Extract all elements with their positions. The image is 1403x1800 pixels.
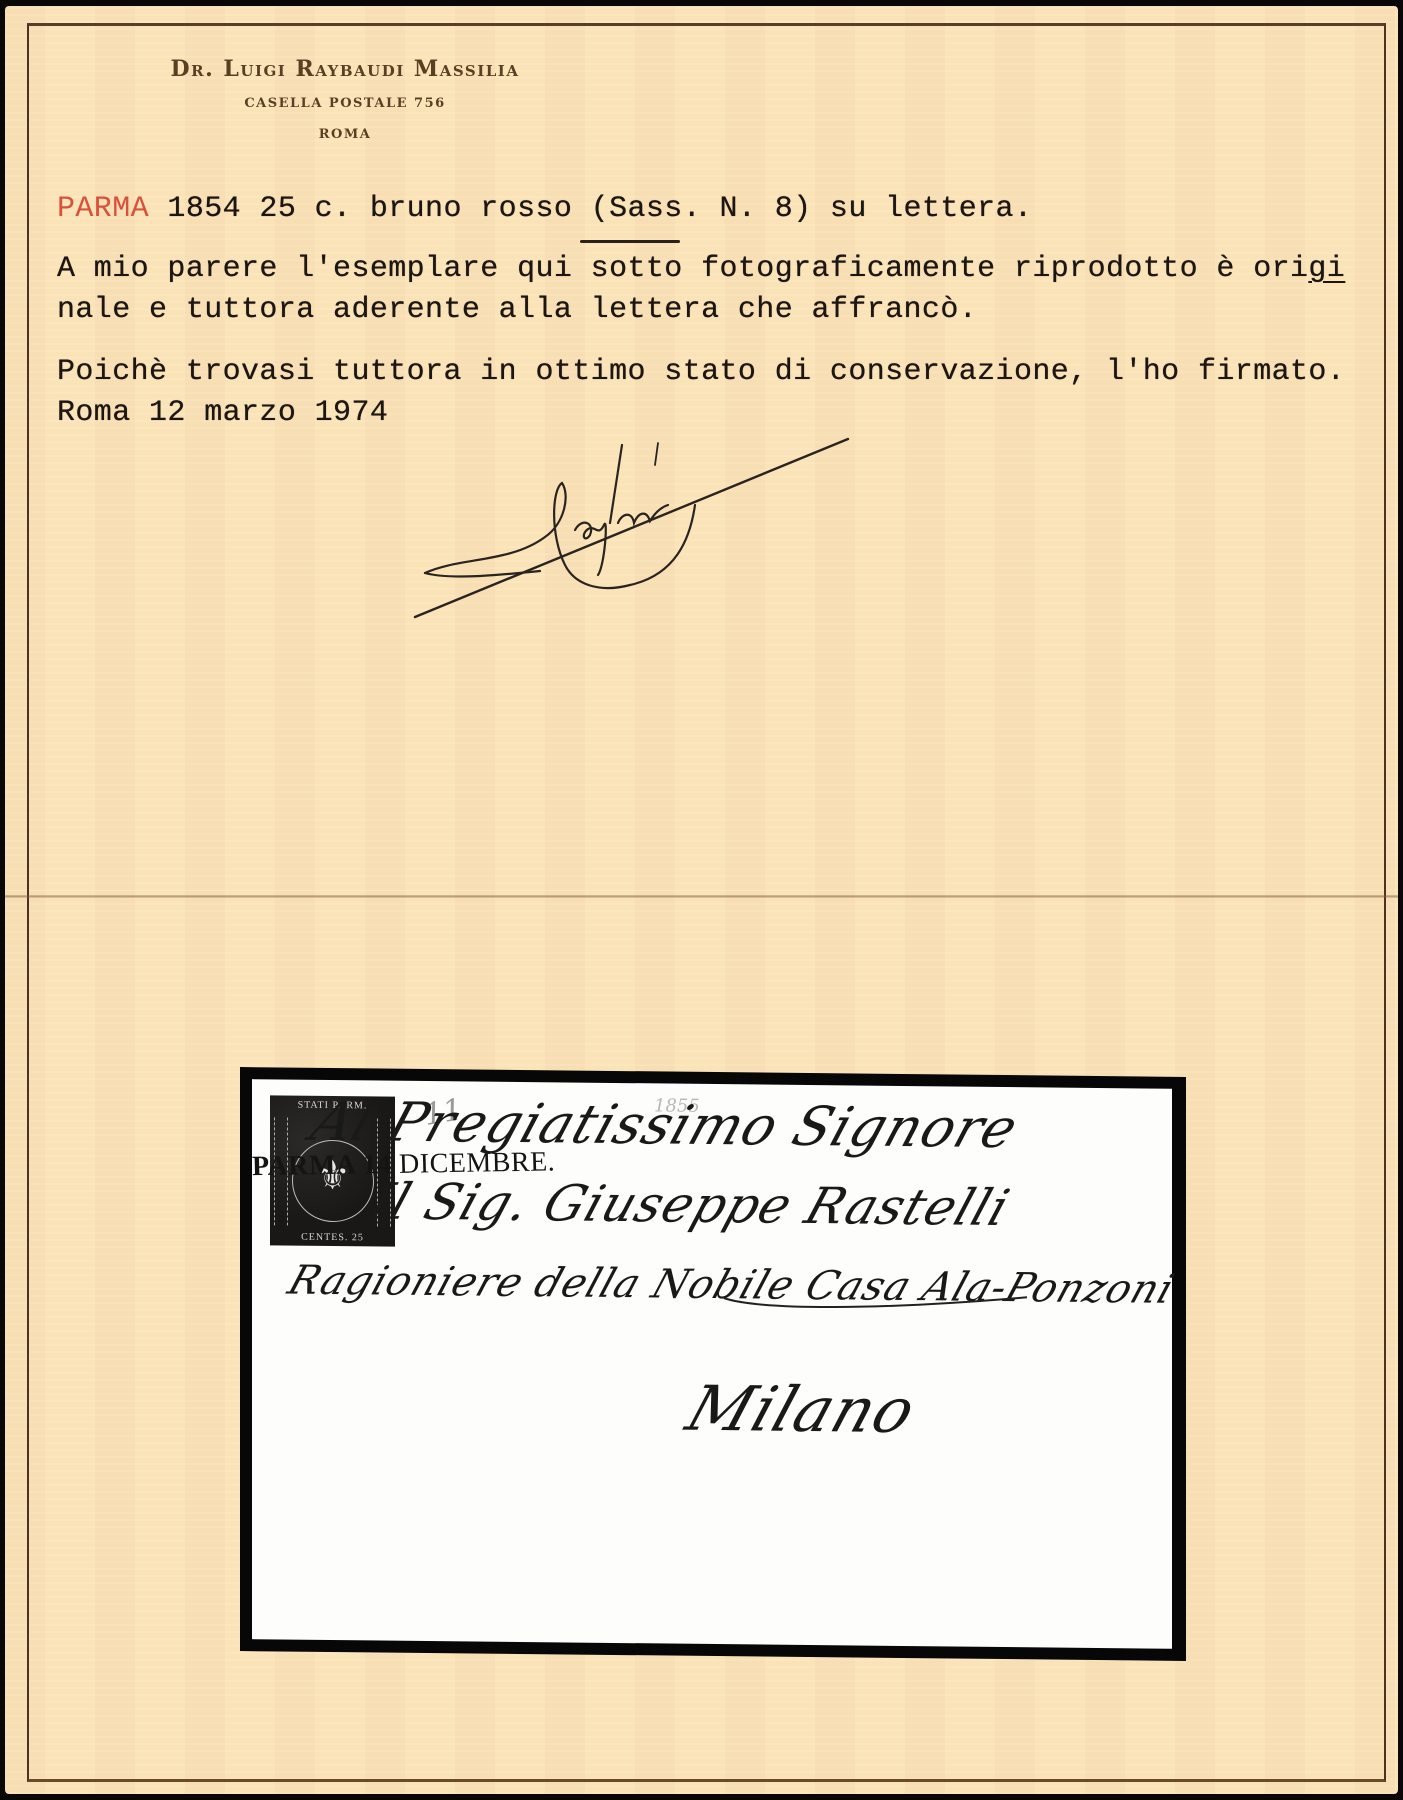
condition-line: Poichè trovasi tuttora in ottimo stato d… (57, 355, 1345, 389)
stamp-description-line: PARMA 1854 25 c. bruno rosso (Sass. N. 8… (57, 192, 1032, 226)
stamp-value-text: CENTES. 25 (270, 1231, 395, 1243)
address-line-1: Al Pregiatissimo Signore (304, 1090, 1026, 1160)
cover-photograph: STATI PARM. ⚜ CENTES. 25 PARMA 14 DICEMB… (240, 1067, 1186, 1661)
envelope: STATI PARM. ⚜ CENTES. 25 PARMA 14 DICEMB… (252, 1079, 1172, 1649)
stamp-description: 1854 25 c. bruno rosso (Sass. N. 8) su l… (149, 192, 1032, 226)
letterhead-po-box: CASELLA POSTALE 756 (80, 96, 610, 111)
underline-flourish (722, 1292, 1032, 1315)
opinion-line-1: A mio parere l'esemplare qui sotto fotog… (57, 252, 1345, 286)
opinion-line-2: nale e tuttora aderente alla lettera che… (57, 293, 977, 327)
place-date-line: Roma 12 marzo 1974 (57, 396, 388, 430)
letterhead-city: ROMA (80, 127, 610, 142)
signature (400, 425, 880, 635)
opinion-text: A mio parere l'esemplare qui sotto fotog… (57, 252, 1308, 286)
address-line-2: Il Sig. Giuseppe Rastelli (363, 1173, 1017, 1237)
separator-rule (580, 240, 680, 243)
letterhead-name: Dr. Luigi Raybaudi Massilia (80, 56, 610, 82)
fold-crease (5, 895, 1398, 898)
address-city: Milano (678, 1372, 925, 1447)
underlined-syllable: gi (1308, 252, 1345, 286)
country-label: PARMA (57, 192, 149, 226)
postmark-date: PARMA 14 (252, 1149, 400, 1182)
